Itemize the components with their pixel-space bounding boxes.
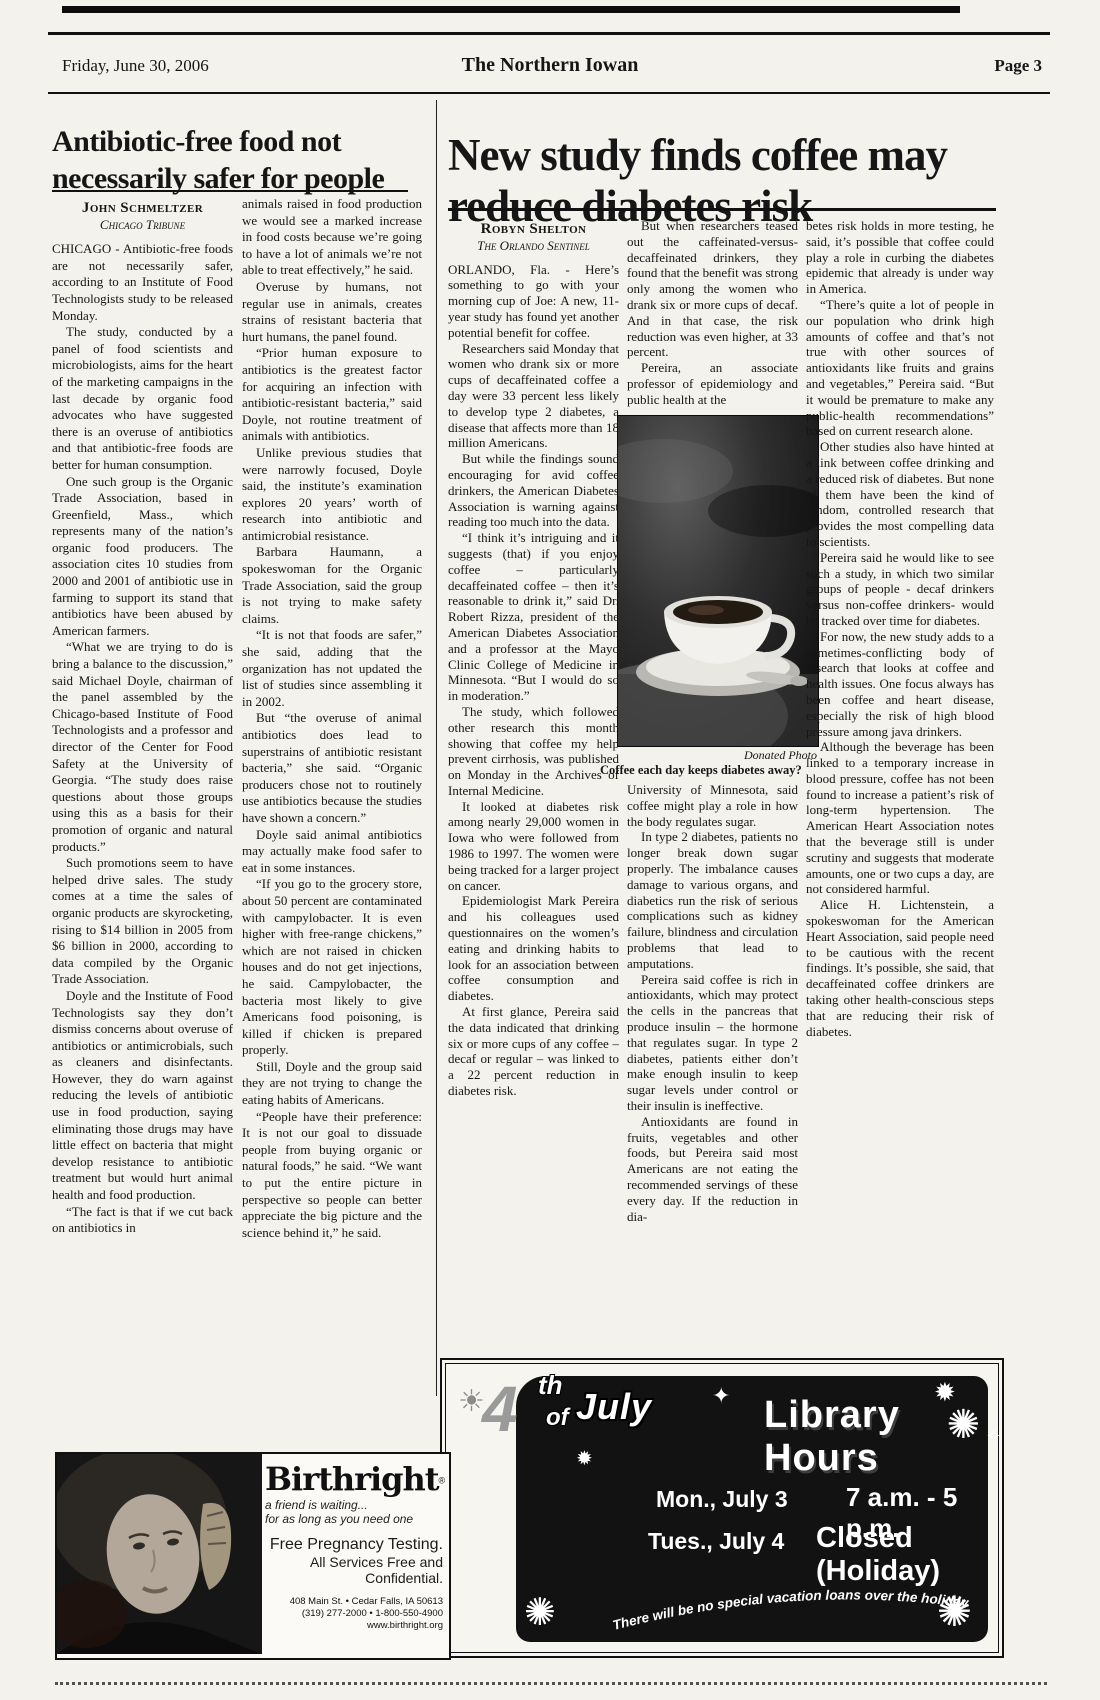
paragraph: CHICAGO - Antibiotic-free foods are not …: [52, 241, 233, 324]
street-address: 408 Main St. • Cedar Falls, IA 50613: [265, 1596, 443, 1608]
coffee-cup-image: [618, 416, 818, 746]
firework-icon: ✦: [712, 1384, 730, 1409]
paragraph: ORLANDO, Fla. - Here’s something to go w…: [448, 262, 619, 341]
july-4-numeral: 4: [482, 1372, 518, 1446]
photo-caption: Coffee each day keeps diabetes away?: [600, 763, 822, 778]
birthright-ad-content: Birthright® a friend is waiting... for a…: [265, 1460, 443, 1652]
paragraph: The study, which followed other research…: [448, 704, 619, 799]
photo-credit: Donated Photo: [607, 748, 817, 763]
author-name: Robyn Shelton: [448, 222, 619, 238]
paragraph: It looked at diabetes risk among nearly …: [448, 799, 619, 894]
birthright-ad: Birthright® a friend is waiting... for a…: [55, 1452, 451, 1660]
paragraph: Pereira, an associate professor of epide…: [627, 360, 798, 407]
paragraph: University of Minnesota, said coffee mig…: [627, 782, 798, 829]
paragraph: But while the findings sound encouraging…: [448, 451, 619, 530]
right-article-column-2-top: But when researchers teased out the caff…: [627, 218, 798, 414]
article-divider: [436, 100, 437, 1396]
pinwheel-icon: ✺: [946, 1402, 980, 1448]
right-headline-rule: [448, 208, 996, 211]
pinwheel-icon: ✺: [524, 1590, 556, 1634]
left-article-column-1: John Schmeltzer Chicago Tribune CHICAGO …: [52, 196, 233, 1392]
paragraph: “What we are trying to do is bring a bal…: [52, 639, 233, 855]
paragraph: Antioxidants are found in fruits, vegeta…: [627, 1114, 798, 1225]
author-source: Chicago Tribune: [52, 217, 233, 234]
paragraph: Such promotions seem to have helped driv…: [52, 855, 233, 988]
paragraph: One such group is the Organic Trade Asso…: [52, 474, 233, 640]
paragraph: Researchers said Monday that women who d…: [448, 341, 619, 452]
paragraph: For now, the new study adds to a sometim…: [806, 629, 994, 740]
july-word: July: [576, 1386, 652, 1428]
schedule-day-1: Mon., July 3: [656, 1486, 788, 1513]
left-article-headline: Antibiotic-free food not necessarily saf…: [52, 124, 424, 197]
phone-numbers: (319) 277-2000 • 1-800-550-4900: [265, 1608, 443, 1620]
scan-edge-artifact: [62, 6, 960, 13]
paragraph: “I think it’s intriguing and it suggests…: [448, 530, 619, 704]
birthright-logo: Birthright®: [265, 1460, 443, 1498]
paragraph: animals raised in food production we wou…: [242, 196, 422, 279]
vacation-loans-arc-text: There will be no special vacation loans …: [606, 1572, 1006, 1638]
paragraph: Other studies also have hinted at a link…: [806, 439, 994, 550]
paragraph: Alice H. Lichtenstein, a spokeswoman for…: [806, 897, 994, 1039]
library-hours-ad: Library Hours ✦ ✧ ✹ ✹ ✺ ✺ ✺ Mon., July 3…: [440, 1358, 1004, 1658]
header-top-rule: [48, 32, 1050, 35]
byline: Robyn Shelton The Orlando Sentinel: [448, 222, 619, 254]
paragraph: Doyle and the Institute of Food Technolo…: [52, 988, 233, 1204]
paragraph: The study, conducted by a panel of food …: [52, 324, 233, 473]
right-article-column-3: betes risk holds in more testing, he sai…: [806, 218, 994, 1342]
newspaper-page: Friday, June 30, 2006 The Northern Iowan…: [0, 0, 1100, 1700]
firework-icon: ✹: [576, 1446, 593, 1470]
paragraph: “Prior human exposure to antibiotics is …: [242, 345, 422, 445]
paragraph: Still, Doyle and the group said they are…: [242, 1059, 422, 1109]
vacation-loans-note: There will be no special vacation loans …: [611, 1588, 971, 1633]
coffee-photo: [617, 415, 819, 747]
ad-inner-border: Library Hours ✦ ✧ ✹ ✹ ✺ ✺ ✺ Mon., July 3…: [445, 1363, 999, 1653]
service-line-1: Free Pregnancy Testing.: [265, 1536, 443, 1554]
paragraph: Pereira said coffee is rich in antioxida…: [627, 972, 798, 1114]
paragraph: In type 2 diabetes, patients no longer b…: [627, 829, 798, 971]
portrait-image: [57, 1454, 262, 1654]
paragraph: “There’s quite a lot of people in our po…: [806, 297, 994, 439]
paragraph: But “the overuse of animal antibiotics d…: [242, 710, 422, 826]
address-block: 408 Main St. • Cedar Falls, IA 50613 (31…: [265, 1596, 443, 1632]
tagline-line-1: a friend is waiting...: [265, 1498, 443, 1512]
paragraph: Unlike previous studies that were narrow…: [242, 445, 422, 545]
paragraph: “If you go to the grocery store, about 5…: [242, 876, 422, 1059]
schedule-day-2: Tues., July 4: [648, 1528, 784, 1555]
left-article-column-2: animals raised in food production we wou…: [242, 196, 422, 1392]
author-name: John Schmeltzer: [52, 200, 233, 217]
paragraph: “People have their preference: It is not…: [242, 1109, 422, 1242]
bottom-dotted-rule: [55, 1682, 1047, 1685]
woman-portrait-photo: [57, 1454, 262, 1654]
paragraph: But when researchers teased out the caff…: [627, 218, 798, 360]
paragraph: Epidemiologist Mark Pereira and his coll…: [448, 893, 619, 1004]
byline: John Schmeltzer Chicago Tribune: [52, 200, 233, 233]
svg-text:There will be no special vacat: There will be no special vacation loans …: [611, 1588, 971, 1633]
page-number: Page 3: [994, 56, 1042, 76]
header-bottom-rule: [48, 92, 1050, 94]
right-article-headline: New study finds coffee may reduce diabet…: [448, 130, 1008, 232]
july-of: of: [546, 1404, 569, 1432]
paragraph: Doyle said animal antibiotics may actual…: [242, 827, 422, 877]
website-url: www.birthright.org: [265, 1620, 443, 1632]
left-headline-rule: [52, 190, 408, 192]
tagline-line-2: for as long as you need one: [265, 1512, 443, 1526]
author-source: The Orlando Sentinel: [448, 238, 619, 254]
paragraph: Pereira said he would like to see such a…: [806, 550, 994, 629]
paragraph: Overuse by humans, not regular use in an…: [242, 279, 422, 345]
right-article-column-2-bottom: University of Minnesota, said coffee mig…: [627, 782, 798, 1342]
july-4-th: th: [538, 1370, 563, 1401]
firework-icon: ✧: [986, 1426, 1001, 1447]
registered-mark: ®: [439, 1476, 446, 1486]
service-line-2: All Services Free and: [265, 1554, 443, 1570]
paragraph: Although the beverage has been linked to…: [806, 739, 994, 897]
paragraph: betes risk holds in more testing, he sai…: [806, 218, 994, 297]
masthead-title: The Northern Iowan: [0, 54, 1100, 77]
service-line-3: Confidential.: [265, 1570, 443, 1586]
paragraph: Barbara Haumann, a spokeswoman for the O…: [242, 544, 422, 627]
paragraph: “The fact is that if we cut back on anti…: [52, 1204, 233, 1237]
right-article-column-1: Robyn Shelton The Orlando Sentinel ORLAN…: [448, 218, 619, 1342]
paragraph: “It is not that foods are safer,” she sa…: [242, 627, 422, 710]
sun-icon: ☀: [458, 1384, 485, 1419]
paragraph: At first glance, Pereira said the data i…: [448, 1004, 619, 1099]
